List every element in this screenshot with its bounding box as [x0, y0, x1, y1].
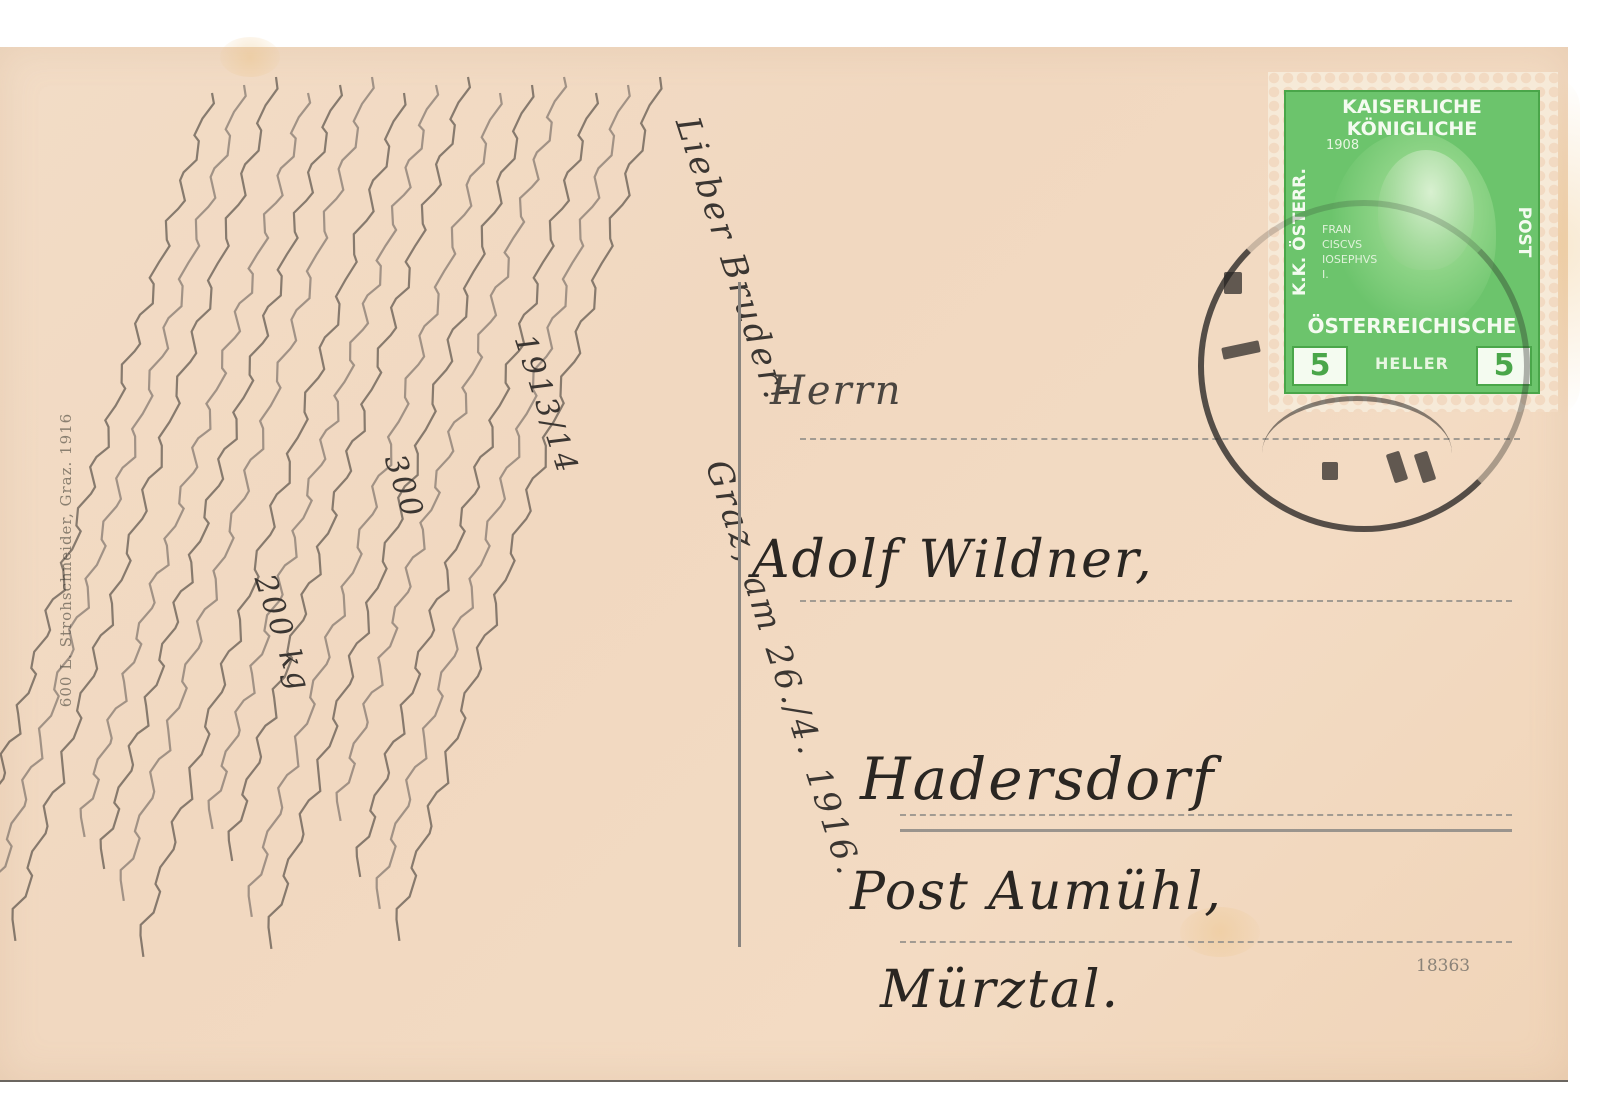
- address-line-4: [900, 941, 1512, 943]
- address-name: Adolf Wildner,: [752, 530, 1154, 590]
- address-region: Mürztal.: [880, 960, 1120, 1020]
- serial-number: 18363: [1416, 956, 1470, 976]
- postmark-mark: [1322, 462, 1338, 480]
- address-line-3: [900, 814, 1512, 816]
- message-line: [101, 85, 342, 869]
- message-line: [13, 77, 278, 941]
- message-line: [141, 93, 406, 957]
- message-handwriting: [0, 47, 700, 1095]
- message-line: [229, 77, 470, 861]
- message-line: [397, 77, 662, 941]
- stamp-text-top: KAISERLICHE KÖNIGLICHE: [1286, 96, 1538, 140]
- address-town: Hadersdorf: [860, 745, 1215, 813]
- address-line-2: [800, 600, 1512, 602]
- message-line: [81, 93, 311, 837]
- address-underline: [900, 829, 1512, 832]
- stamp-year: 1908: [1326, 138, 1359, 153]
- address-salutation: Herrn: [770, 368, 903, 414]
- message-line: [337, 77, 566, 821]
- postmark-mark: [1224, 272, 1242, 294]
- address-post-office: Post Aumühl,: [850, 862, 1223, 922]
- divider-line: [738, 282, 741, 947]
